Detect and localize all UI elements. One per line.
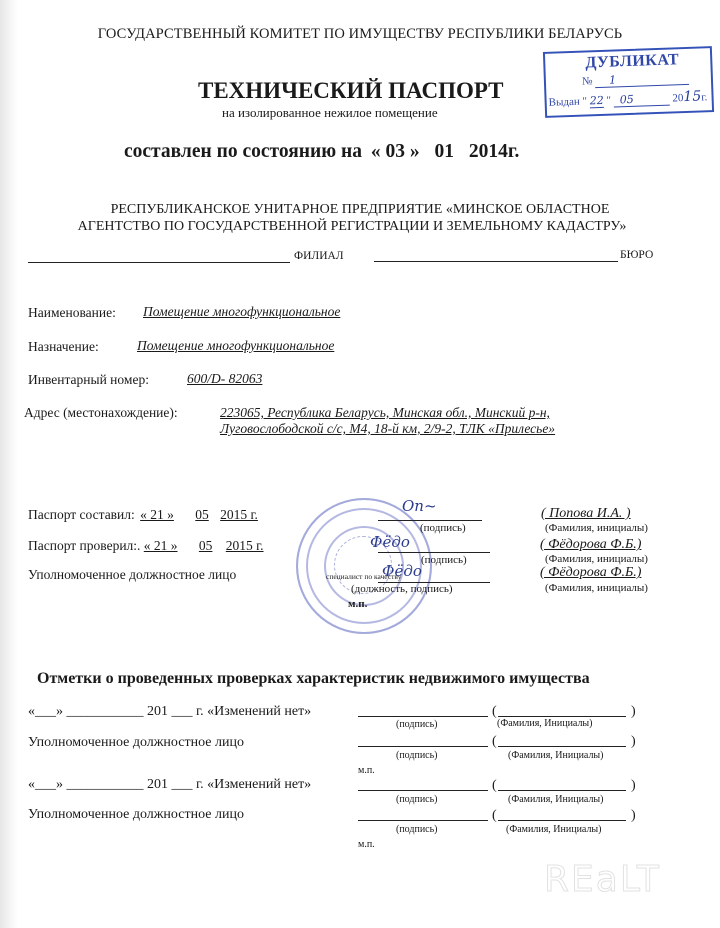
compiled-sign-line <box>378 520 482 521</box>
stamp-issued-label: Выдан <box>548 96 579 109</box>
address-label: Адрес (местонахождение): <box>24 405 178 421</box>
compiled-month: 05 <box>191 507 209 522</box>
stamp-issued: Выдан " 22 " 05 2015г. <box>548 88 707 110</box>
stamp-number-value: 1 <box>595 71 689 88</box>
inventory-label: Инвентарный номер: <box>28 372 149 388</box>
address-line-2: Луговослободской с/с, М4, 18-й км, 2/9-2… <box>220 421 555 437</box>
organization-line-1: РЕСПУБЛИКАНСКОЕ УНИТАРНОЕ ПРЕДПРИЯТИЕ «М… <box>0 202 720 218</box>
compiled-signature: Оп~ <box>402 497 437 515</box>
stamp-month: 05 <box>613 92 669 108</box>
official-name: ( Фёдорова Ф.Б.) <box>540 565 641 581</box>
checked-sign-line <box>378 552 490 553</box>
inspection-1-official-sign-caption: (подпись) <box>396 750 438 761</box>
inventory-value: 600/D- 82063 <box>187 371 262 387</box>
organization-line-2: АГЕНТСТВО ПО ГОСУДАРСТВЕННОЙ РЕГИСТРАЦИИ… <box>0 219 712 235</box>
bureau-label: БЮРО <box>620 249 653 261</box>
inspection-1-official-sign-line <box>358 746 488 747</box>
official-signature: Фёдо <box>382 562 422 580</box>
inspection-1-seal-caption: м.п. <box>358 765 375 776</box>
official-caption: (должность, подпись) <box>351 583 453 595</box>
inspection-2-name-caption: (Фамилия, Инициалы) <box>508 794 603 805</box>
inspection-2-name-open: ( <box>492 778 497 794</box>
checked-month: 05 <box>195 538 217 553</box>
name-value: Помещение многофункциональное <box>143 304 340 320</box>
inspection-1-date-line: «___» ___________ 201 ___ г. «Изменений … <box>28 704 311 720</box>
inspection-1-official-name-close: ) <box>631 734 636 750</box>
checked-name-caption: (Фамилия, инициалы) <box>545 553 648 565</box>
purpose-value: Помещение многофункциональное <box>137 338 334 354</box>
inspection-2-official-name-line <box>498 820 626 821</box>
checked-label: Паспорт проверил:. <box>28 538 140 553</box>
purpose-label: Назначение: <box>28 339 99 355</box>
inspection-2-official-name-caption: (Фамилия, Инициалы) <box>506 824 601 835</box>
realt-watermark: REaLT <box>544 859 661 900</box>
inspection-2-official-name-open: ( <box>492 808 497 824</box>
branch-label: ФИЛИАЛ <box>294 250 344 262</box>
checked-line: Паспорт проверил:. « 21 » 05 2015 г. <box>28 538 264 554</box>
checked-day: « 21 » <box>144 538 178 553</box>
compiled-line: Паспорт составил: « 21 » 05 2015 г. <box>28 507 258 523</box>
inspection-1-name-close: ) <box>631 704 636 720</box>
inspection-1-name-caption: (Фамилия, Инициалы) <box>497 718 592 729</box>
state-month: 01 <box>435 141 455 162</box>
inspections-title: Отметки о проведенных проверках характер… <box>37 670 590 688</box>
inspection-2-name-close: ) <box>631 778 636 794</box>
stamp-number: № 1 <box>582 71 690 89</box>
inspection-1-name-line <box>498 716 626 717</box>
state-prefix: составлен по состоянию на <box>124 141 362 162</box>
name-label: Наименование: <box>28 305 116 321</box>
inspection-2-official-name-close: ) <box>631 808 636 824</box>
bureau-blank-line <box>374 261 618 262</box>
compiled-day: « 21 » <box>140 507 174 522</box>
inspection-2-official-label: Уполномоченное должностное лицо <box>28 807 244 823</box>
state-date-line: составлен по состоянию на « 03 » 01 2014… <box>124 141 519 163</box>
inspection-1-official-label: Уполномоченное должностное лицо <box>28 735 244 751</box>
inspection-2-sign-line <box>358 790 488 791</box>
document-subtitle: на изолированное нежилое помещение <box>222 105 438 121</box>
official-seal-caption: м.п. <box>348 598 367 610</box>
inspection-1-official-name-caption: (Фамилия, Инициалы) <box>508 750 603 761</box>
official-name-caption: (Фамилия, инициалы) <box>545 582 648 594</box>
inspection-1-sign-line <box>358 716 488 717</box>
compiled-name: ( Попова И.А. ) <box>541 506 631 522</box>
address-line-1: 223065, Республика Беларусь, Минская обл… <box>220 405 550 421</box>
checked-sign-caption: (подпись) <box>421 554 467 566</box>
document-title: ТЕХНИЧЕСКИЙ ПАСПОРТ <box>198 78 504 104</box>
stamp-title: ДУБЛИКАТ <box>585 51 679 72</box>
inspection-1-name-open: ( <box>492 704 497 720</box>
compiled-year: 2015 г. <box>220 507 258 522</box>
inspection-2-date-line: «___» ___________ 201 ___ г. «Изменений … <box>28 777 311 793</box>
scan-edge-shadow <box>0 0 18 928</box>
checked-signature: Фёдо <box>370 533 410 551</box>
official-label: Уполномоченное должностное лицо <box>28 567 236 583</box>
compiled-label: Паспорт составил: <box>28 507 135 522</box>
state-year: 2014г. <box>469 141 520 162</box>
inspection-2-sign-caption: (подпись) <box>396 794 438 805</box>
inspection-2-name-line <box>498 790 626 791</box>
checked-name: ( Фёдорова Ф.Б.) <box>540 537 641 553</box>
state-day: « 03 » <box>371 141 420 162</box>
compiled-name-caption: (Фамилия, инициалы) <box>545 522 648 534</box>
stamp-number-label: № <box>582 75 593 87</box>
stamp-year-suffix: 15 <box>683 88 701 105</box>
committee-header: ГОСУДАРСТВЕННЫЙ КОМИТЕТ ПО ИМУЩЕСТВУ РЕС… <box>0 26 720 43</box>
inspection-2-official-sign-line <box>358 820 488 821</box>
stamp-day: 22 <box>590 94 604 108</box>
compiled-sign-caption: (подпись) <box>420 522 466 534</box>
duplicate-stamp: ДУБЛИКАТ № 1 Выдан " 22 " 05 2015г. <box>543 46 714 118</box>
stamp-year-prefix: 20 <box>672 92 683 104</box>
inspection-1-official-name-line <box>498 746 626 747</box>
branch-blank-line <box>28 262 290 263</box>
inspection-2-official-sign-caption: (подпись) <box>396 824 438 835</box>
inspection-2-seal-caption: м.п. <box>358 839 375 850</box>
checked-year: 2015 г. <box>226 538 264 553</box>
stamp-year-end: г. <box>701 91 707 103</box>
inspection-1-sign-caption: (подпись) <box>396 719 438 730</box>
inspection-1-official-name-open: ( <box>492 734 497 750</box>
